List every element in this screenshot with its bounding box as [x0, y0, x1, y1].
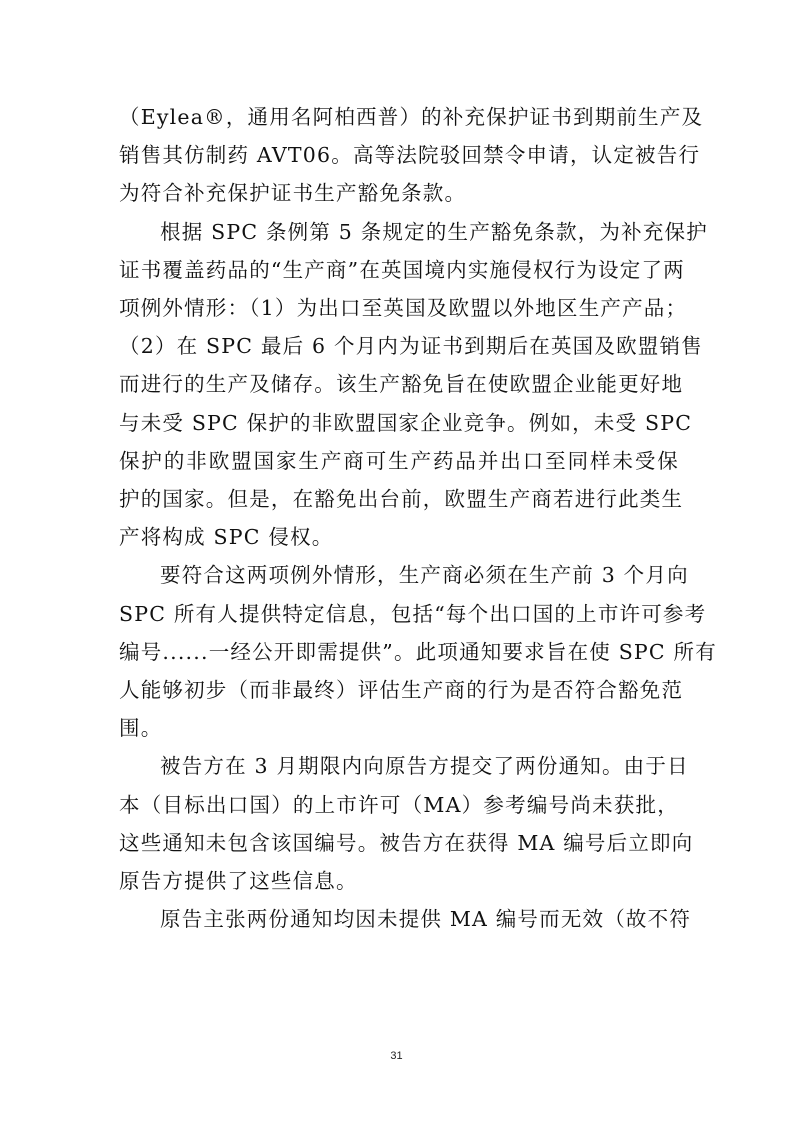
paragraph-3: 要符合这两项例外情形，生产商必须在生产前 3 个月向 SPC 所有人提供特定信息… [119, 556, 679, 747]
paragraph-2: 根据 SPC 条例第 5 条规定的生产豁免条款，为补充保护 证书覆盖药品的“生产… [119, 213, 679, 557]
text-line: 而进行的生产及储存。该生产豁免旨在使欧盟企业能更好地 [119, 365, 679, 403]
text-line: 销售其仿制药 AVT06。高等法院驳回禁令申请，认定被告行 [119, 136, 679, 174]
text-line: 编号......一经公开即需提供”。此项通知要求旨在使 SPC 所有 [119, 633, 679, 671]
text-line: 本（目标出口国）的上市许可（MA）参考编号尚未获批， [119, 786, 679, 824]
text-line: 保护的非欧盟国家生产商可生产药品并出口至同样未受保 [119, 442, 679, 480]
paragraph-1: （Eylea®，通用名阿柏西普）的补充保护证书到期前生产及 销售其仿制药 AVT… [119, 98, 679, 213]
text-line: 根据 SPC 条例第 5 条规定的生产豁免条款，为补充保护 [119, 213, 679, 251]
text-line: 原告方提供了这些信息。 [119, 862, 679, 900]
text-line: 要符合这两项例外情形，生产商必须在生产前 3 个月向 [119, 556, 679, 594]
text-line: 人能够初步（而非最终）评估生产商的行为是否符合豁免范 [119, 671, 679, 709]
paragraph-5: 原告主张两份通知均因未提供 MA 编号而无效（故不符 [119, 900, 679, 938]
text-line: 被告方在 3 月期限内向原告方提交了两份通知。由于日 [119, 747, 679, 785]
text-line: 证书覆盖药品的“生产商”在英国境内实施侵权行为设定了两 [119, 251, 679, 289]
text-line: （Eylea®，通用名阿柏西普）的补充保护证书到期前生产及 [119, 98, 679, 136]
text-line: SPC 所有人提供特定信息，包括“每个出口国的上市许可参考 [119, 595, 679, 633]
text-line: 产将构成 SPC 侵权。 [119, 518, 679, 556]
paragraph-4: 被告方在 3 月期限内向原告方提交了两份通知。由于日 本（目标出口国）的上市许可… [119, 747, 679, 900]
text-line: 为符合补充保护证书生产豁免条款。 [119, 174, 679, 212]
text-line: （2）在 SPC 最后 6 个月内为证书到期后在英国及欧盟销售 [119, 327, 679, 365]
text-line: 围。 [119, 709, 679, 747]
text-line: 护的国家。但是，在豁免出台前，欧盟生产商若进行此类生 [119, 480, 679, 518]
text-line: 与未受 SPC 保护的非欧盟国家企业竞争。例如，未受 SPC [119, 404, 679, 442]
page-number: 31 [0, 1050, 793, 1062]
document-body: （Eylea®，通用名阿柏西普）的补充保护证书到期前生产及 销售其仿制药 AVT… [119, 98, 679, 938]
text-line: 原告主张两份通知均因未提供 MA 编号而无效（故不符 [119, 900, 679, 938]
text-line: 项例外情形：（1）为出口至英国及欧盟以外地区生产产品； [119, 289, 679, 327]
text-line: 这些通知未包含该国编号。被告方在获得 MA 编号后立即向 [119, 824, 679, 862]
